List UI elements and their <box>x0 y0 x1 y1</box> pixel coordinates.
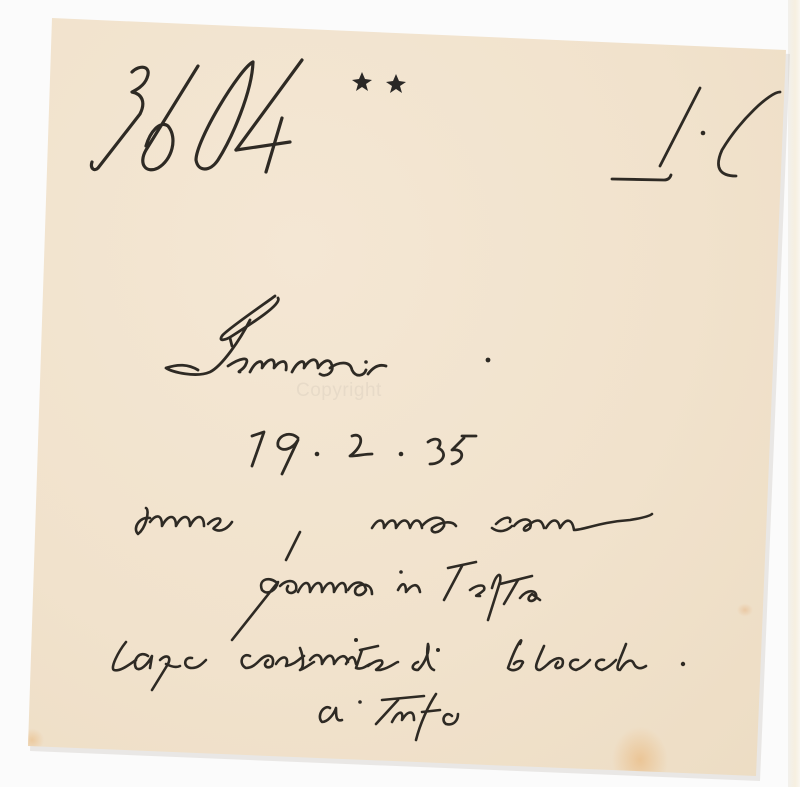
note-line-1: donne, una con <box>136 500 478 551</box>
note-line-4: di tufo <box>316 694 448 740</box>
catalog-number: 3604 <box>90 70 294 163</box>
catalog-marks: ** <box>350 66 378 99</box>
place-name: Sèmmori <box>166 300 440 370</box>
note-date: 19·2·35 <box>250 428 403 474</box>
note-line-3: case costruite di blocchi <box>108 636 601 682</box>
note-line-2: gonna in testa <box>258 566 547 612</box>
classification-code: I·C <box>612 96 707 170</box>
